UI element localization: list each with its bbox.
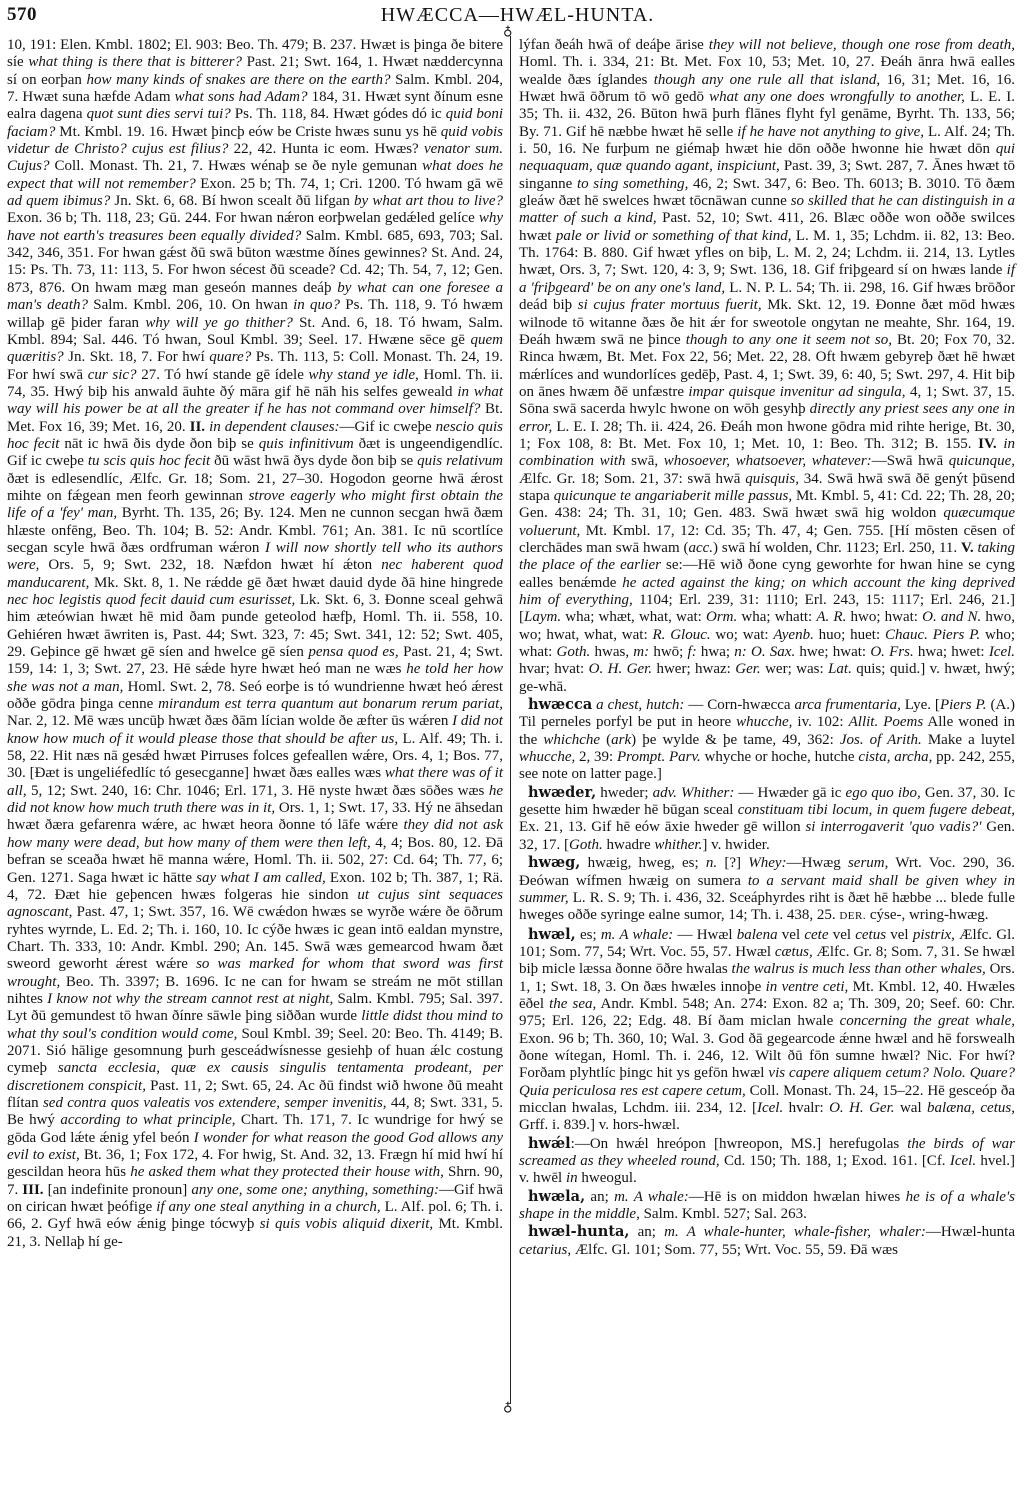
body-text: Make a luytel	[922, 732, 1015, 748]
gloss-text: Lat.	[828, 661, 852, 677]
headword: hwæla,	[528, 1188, 585, 1205]
gloss-text: the sea,	[549, 996, 596, 1012]
gloss-text: Icel.	[757, 1100, 783, 1116]
entry-text: 10, 191: Elen. Kmbl. 1802; El. 903: Beo.…	[7, 37, 503, 1251]
gloss-text: cete	[804, 927, 828, 943]
gloss-text: O. Frs.	[870, 644, 913, 660]
gloss-text: Allit. Poems	[849, 714, 924, 730]
gloss-text: a chest, hutch:	[596, 697, 684, 713]
gloss-text: balena	[737, 927, 778, 943]
body-text: 27. Tó hwí stande gē ídele	[137, 367, 309, 383]
body-text: Salm. Kmbl. 206, 10. On hwan	[88, 297, 293, 313]
page-header: 570 HWÆCCA—HWÆL-HUNTA.	[0, 0, 1035, 34]
gloss-text: in quo?	[293, 297, 340, 313]
gloss-text: I know not why the stream cannot rest at…	[47, 991, 333, 1007]
entry-text: lýfan ðeáh hwā of deáþe ārise they will …	[519, 37, 1015, 696]
gloss-text: what thing is there that is bitterer?	[28, 54, 242, 70]
gloss-text: cetarius,	[519, 1242, 571, 1258]
gloss-text: what sons had Adam?	[175, 89, 308, 105]
gloss-text: R. Glouc.	[652, 627, 710, 643]
body-text: hweder;	[596, 785, 652, 801]
sense-number: III.	[22, 1182, 43, 1198]
body-text: ) swā hí wolden, Chr. 1123; Erl. 250, 11…	[713, 540, 961, 556]
body-text: wha; whatt:	[737, 609, 816, 625]
gloss-text: Jos. of Arith.	[840, 732, 922, 748]
gloss-text: Piers P.	[940, 697, 987, 713]
body-text: lýfan ðeáh hwā of deáþe ārise	[519, 37, 709, 53]
column-ornament-bottom-icon: ♁	[503, 1400, 513, 1413]
gloss-text: quot sunt dies servi tui?	[87, 106, 231, 122]
gloss-text: ad quem ibimus?	[7, 193, 110, 209]
body-text: — Hwæl	[673, 927, 736, 943]
body-text: [an indefinite pronoun]	[44, 1182, 192, 1198]
gloss-text: Whey:	[748, 855, 786, 871]
body-text: hvalr:	[783, 1100, 829, 1116]
gloss-text: Laym.	[524, 609, 561, 625]
gloss-text: ego quo ibo,	[846, 785, 921, 801]
gloss-text: concerning the great whale,	[840, 1013, 1015, 1029]
body-text: Ælfc. Gl. 101; Som. 77, 55; Wrt. Voc. 55…	[571, 1242, 898, 1258]
body-text: Ælfc. Gr. 18; Som. 21, 37: swā hwā	[519, 471, 745, 487]
gloss-text: m. A whale:	[614, 1189, 689, 1205]
body-text: iv. 102:	[792, 714, 848, 730]
body-text: Nar. 2, 12. Mē wæs uncūþ hwæt ðæs ðām lí…	[7, 713, 452, 729]
gloss-text: whichche	[543, 732, 600, 748]
body-text: hwas,	[590, 644, 633, 660]
gloss-text: ark	[611, 732, 631, 748]
sense-number: II.	[190, 419, 205, 435]
body-text: hwa; hwet:	[914, 644, 989, 660]
gloss-text: why will ye go thither?	[145, 315, 293, 331]
gloss-text: serum,	[848, 855, 888, 871]
gloss-text: n.	[706, 855, 717, 871]
gloss-text: according to what principle,	[60, 1112, 235, 1128]
body-text: swā,	[625, 453, 663, 469]
gloss-text: whosoever, whatsoever, whatever:	[664, 453, 872, 469]
gloss-text: if any one steal anything in a church,	[156, 1199, 380, 1215]
gloss-text: Icel.	[950, 1153, 976, 1169]
body-text: [?]	[717, 855, 748, 871]
gloss-text: quare?	[209, 349, 251, 365]
headword: hwæl-hunta,	[528, 1223, 629, 1240]
dictionary-entry: hwæder, hweder; adv. Whither: — Hwæder g…	[519, 784, 1015, 854]
gloss-text: what any one does wrongfully to another,	[709, 89, 965, 105]
body-text: wer; was:	[761, 661, 828, 677]
gloss-text: cetus	[855, 927, 886, 943]
body-text: hvar; hvat:	[519, 661, 589, 677]
gloss-text: A. R.	[816, 609, 846, 625]
gloss-text: though to any one it seem not so,	[686, 332, 892, 348]
sense-number: V.	[961, 540, 974, 556]
gloss-text: si cujus frater mortuus fuerit,	[578, 297, 762, 313]
gloss-text: quicunque,	[949, 453, 1015, 469]
body-text: Ps. Th. 118, 84. Hwæt gódes dó ic	[231, 106, 446, 122]
body-text: hwō;	[649, 644, 687, 660]
gloss-text: Ger.	[735, 661, 760, 677]
dictionary-entry: hwæg, hwæig, hweg, es; n. [?] Whey:—Hwæg…	[519, 854, 1015, 925]
body-text: huo; huet:	[814, 627, 885, 643]
gloss-text: in	[566, 1170, 578, 1186]
body-text: (	[600, 732, 611, 748]
dictionary-entry: hwæl-hunta, an; m. A whale-hunter, whale…	[519, 1223, 1015, 1259]
body-text: vel	[828, 927, 855, 943]
gloss-text: any one, some one; anything, something:	[191, 1182, 439, 1198]
headword: hwæder,	[528, 784, 596, 801]
body-text: —Swā hwā	[872, 453, 949, 469]
gloss-text: n:	[734, 644, 747, 660]
gloss-text: m:	[633, 644, 649, 660]
gloss-text: f:	[688, 644, 697, 660]
gloss-text: Chauc. Piers P.	[885, 627, 980, 643]
gloss-text: though any one rule all that island,	[654, 72, 881, 88]
gloss-text: mirandum est terra quantum aut bonarum r…	[158, 696, 503, 712]
right-column: lýfan ðeáh hwā of deáþe ārise they will …	[519, 37, 1015, 1259]
body-text: nāt ic hwā ðis dyde ðon biþ se	[59, 436, 258, 452]
gloss-text: O. Sax.	[751, 644, 795, 660]
gloss-text: adv. Whither:	[653, 785, 735, 801]
body-text: — Hwæder gā ic	[734, 785, 845, 801]
gloss-text: quis relativum	[417, 453, 503, 469]
gloss-text: say what I am called,	[196, 870, 326, 886]
body-text: hwe; hwat:	[795, 644, 870, 660]
body-text: Ex. 21, 13. Gif hē eów āxie hweder gē wi…	[519, 819, 805, 835]
sense-number: IV.	[978, 436, 997, 452]
gloss-text: O. H. Ger.	[589, 661, 652, 677]
gloss-text: how many kinds of snakes are there on th…	[87, 72, 391, 88]
body-text: Mk. Skt. 8, 1. Ne rǽdde gē ðæt hwæt daui…	[89, 575, 503, 591]
body-text: hweogul.	[578, 1170, 637, 1186]
dictionary-entry: hwæcca a chest, hutch: — Corn-hwæcca arc…	[519, 696, 1015, 784]
gloss-text: nec hoc legistis quod fecit dauid cum es…	[7, 592, 295, 608]
gloss-text: why stand ye idle,	[309, 367, 419, 383]
body-text: es;	[576, 927, 601, 943]
body-text: 2, 39:	[575, 749, 617, 765]
body-text: —Hwæg	[787, 855, 848, 871]
gloss-text: impar quisque invenitur ad singula,	[688, 384, 905, 400]
gloss-text: O. H. Ger.	[829, 1100, 894, 1116]
body-text: hwæig, hweg, es;	[580, 855, 706, 871]
body-text: wha; whæt, what, wat:	[561, 609, 706, 625]
gloss-text: quis infinitivum	[259, 436, 354, 452]
body-text: 22, 42. Hunta ic eom. Hwæs?	[228, 141, 424, 157]
body-text: L. E. I. 28; Th. ii. 424, 26. Ðeáh mon h…	[519, 419, 1015, 452]
derivatives-label: DER.	[839, 910, 866, 922]
body-text: Exon. 25 b; Th. 74, 1; Cri. 1200. Tó hwa…	[196, 176, 503, 192]
body-text: whyche or hoche, hutche	[701, 749, 859, 765]
body-text: Lye. [	[901, 697, 940, 713]
body-text: Coll. Monast. Th. 21, 7. Hwæs wénaþ se ð…	[50, 158, 423, 174]
gloss-text: to sing something,	[577, 176, 688, 192]
gloss-text: O. and N.	[922, 609, 981, 625]
body-text: ] v. hwider.	[702, 837, 769, 853]
body-text: Exon. 36 b; Th. 118, 23; Gū. 244. For hw…	[7, 210, 479, 226]
body-text: vel	[778, 927, 805, 943]
body-text: —Hwæl-hunta	[926, 1224, 1015, 1240]
headword: hwǽl	[528, 1135, 571, 1152]
gloss-text: acc.	[688, 540, 713, 556]
gloss-text: cista, archa,	[858, 749, 932, 765]
headword: hwæg,	[528, 854, 580, 871]
body-text: —Gif ic cweþe	[340, 419, 436, 435]
gloss-text: Prompt. Parv.	[617, 749, 701, 765]
gloss-text: balæna, cetus,	[927, 1100, 1015, 1116]
gloss-text: m. A whale-hunter, whale-fisher, whaler:	[664, 1224, 926, 1240]
left-column: 10, 191: Elen. Kmbl. 1802; El. 903: Beo.…	[7, 37, 503, 1251]
gloss-text: quisquis,	[745, 471, 799, 487]
body-text: an;	[585, 1189, 614, 1205]
gloss-text: by what art thou to live?	[354, 193, 503, 209]
gloss-text: tu scis quis hoc fecit	[88, 453, 210, 469]
body-text: —Hē is on middon hwælan hiwes	[689, 1189, 906, 1205]
body-text: Cd. 150; Th. 188, 1; Exod. 161. [Cf.	[720, 1153, 950, 1169]
gloss-text: the walrus is much less than other whale…	[732, 961, 986, 977]
body-text: 5, 12; Swt. 240, 16: Chr. 1046; Erl. 171…	[27, 783, 489, 799]
body-text: hwo; hwat:	[846, 609, 922, 625]
gloss-text: si quis vobis aliquid dixerit,	[260, 1216, 433, 1232]
body-text: Grff. i. 839.] v. hors-hwæl.	[519, 1117, 680, 1133]
gloss-text: cur sic?	[88, 367, 137, 383]
body-text: hwa;	[697, 644, 735, 660]
gloss-text: they will not believe, though one rose f…	[709, 37, 1015, 53]
body-text: cýse-, wring-hwæg.	[866, 907, 988, 923]
gloss-text: whucche,	[519, 749, 575, 765]
body-text: :—On hwǽl hreópon [hwreopon, MS.] herefu…	[571, 1136, 908, 1152]
body-text: Jn. Skt. 18, 7. For hwí	[64, 349, 210, 365]
body-text: ) þe wylde & þe tame, 49, 362:	[631, 732, 840, 748]
body-text: ðū wāst hwā ðys dyde ðon biþ se	[210, 453, 417, 469]
gloss-text: Goth.	[557, 644, 591, 660]
body-text: wal	[895, 1100, 928, 1116]
gloss-text: constituam tibi locum, in quem fugere de…	[738, 802, 1015, 818]
body-text: Ors. 5, 9; Swt. 232, 18. Næfdon hwæt hí …	[39, 557, 381, 573]
gloss-text: quicunque te angariaberit mille passus,	[554, 488, 792, 504]
gloss-text: pensa quod es,	[308, 644, 398, 660]
gloss-text: pale or livid or something of that kind,	[556, 228, 792, 244]
gloss-text: Goth.	[569, 837, 603, 853]
gloss-text: m. A whale:	[601, 927, 673, 943]
gloss-text: he asked them what they protected their …	[130, 1164, 444, 1180]
headword: hwæcca	[528, 696, 592, 713]
gloss-text: Icel.	[989, 644, 1015, 660]
gloss-text: arca frumentaria,	[795, 697, 901, 713]
gloss-text: whucche,	[736, 714, 792, 730]
gloss-text: in dependent clauses:	[209, 419, 339, 435]
running-head: HWÆCCA—HWÆL-HUNTA.	[0, 4, 1035, 27]
body-text: Jn. Skt. 6, 68. Bí hwon scealt ðū lifgan	[110, 193, 354, 209]
gloss-text: in ventre ceti,	[766, 979, 849, 995]
body-text: hwer; hwaz:	[652, 661, 735, 677]
column-ornament-top-icon: ♁	[503, 24, 513, 37]
gloss-text: sed contra quos valeatis vos extendere, …	[43, 1095, 387, 1111]
gloss-text: if he have not anything to give,	[737, 124, 924, 140]
dictionary-entry: hwæla, an; m. A whale:—Hē is on middon h…	[519, 1188, 1015, 1224]
body-text: Salm. Kmbl. 527; Sal. 263.	[640, 1206, 807, 1222]
headword: hwæl,	[528, 926, 576, 943]
body-text: — Corn-hwæcca	[684, 697, 794, 713]
body-text: hwadre	[603, 837, 655, 853]
column-divider	[510, 36, 511, 1404]
dictionary-entry: hwǽl:—On hwǽl hreópon [hwreopon, MS.] he…	[519, 1135, 1015, 1188]
body-text: wo; wat:	[711, 627, 774, 643]
dictionary-entry: hwæl, es; m. A whale: — Hwæl balena vel …	[519, 926, 1015, 1135]
body-text: vel	[886, 927, 913, 943]
gloss-text: si interrogaverit 'quo vadis?'	[805, 819, 981, 835]
body-text: Mt. Kmbl. 19. 16. Hwæt þincþ eów be Cris…	[55, 124, 440, 140]
gloss-text: cætus,	[775, 944, 813, 960]
gloss-text: Orm.	[706, 609, 737, 625]
body-text: an;	[629, 1224, 664, 1240]
gloss-text: pistrix,	[913, 927, 955, 943]
gloss-text: Ayenb.	[773, 627, 813, 643]
gloss-text: whither.	[654, 837, 702, 853]
